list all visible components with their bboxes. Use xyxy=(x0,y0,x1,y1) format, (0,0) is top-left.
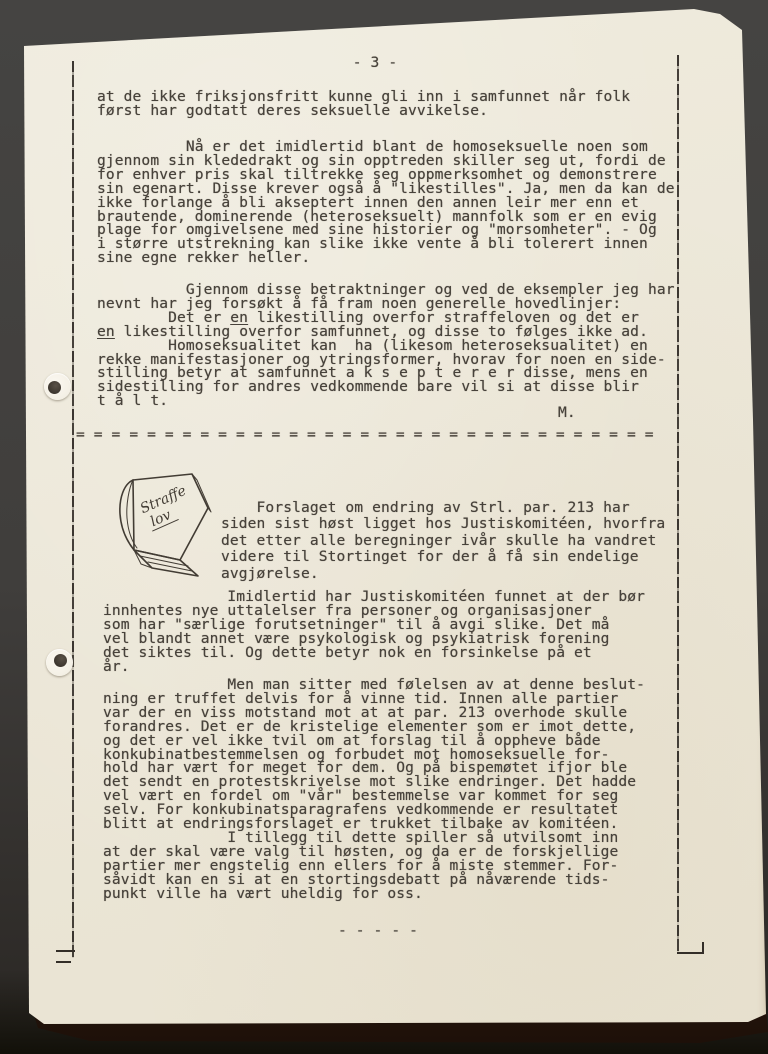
photocopy-border-corner-bottom-right xyxy=(677,952,704,954)
page-number: - 3 - xyxy=(73,56,677,70)
photocopy-border-right xyxy=(677,55,679,952)
photocopy-border-corner-bottom-right-hook xyxy=(702,942,704,954)
text-line: videre til Stortinget for der å få sin e… xyxy=(221,549,665,565)
text-line: sine egne rekker heller. xyxy=(97,251,675,265)
law-book-sketch: Straffe lov xyxy=(96,464,236,590)
paragraph-men-man: Men man sitter med følelsen av at denne … xyxy=(103,678,645,901)
text-line: det etter alle beregninger ivår skulle h… xyxy=(221,533,665,549)
photocopy-border-corner-bottom-left-dash xyxy=(56,961,71,963)
text-line: år. xyxy=(103,660,645,674)
separator-line: = = = = = = = = = = = = = = = = = = = = … xyxy=(76,428,654,442)
text-line: Forslaget om endring av Strl. par. 213 h… xyxy=(221,500,665,516)
photocopy-border-corner-bottom-left xyxy=(56,950,75,952)
straffelov-book-icon: Straffe lov xyxy=(96,464,236,590)
signature-initial: M. xyxy=(558,406,576,420)
text-line: sidestilling for andres vedkommende bare… xyxy=(97,380,675,394)
text-line: avgjørelse. xyxy=(221,566,665,582)
photocopy-border-left xyxy=(72,61,74,958)
text-line: t å l t. xyxy=(97,394,675,408)
text-line: først har godtatt deres seksuelle avvike… xyxy=(97,104,630,118)
paragraph-hovedlinjer: Gjennom disse betraktninger og ved de ek… xyxy=(97,283,675,408)
text-line: siden sist høst ligget hos Justiskomitée… xyxy=(221,516,665,532)
paragraph-forslaget: Forslaget om endring av Strl. par. 213 h… xyxy=(221,500,665,582)
text-line: punkt ville ha vært uheldig for oss. xyxy=(103,887,645,901)
paragraph-imidlertid: Imidlertid har Justiskomitéen funnet at … xyxy=(103,590,645,673)
paragraph-na-er-det: Nå er det imidlertid blant de homoseksue… xyxy=(97,140,675,265)
paragraph-intro: at de ikke friksjonsfritt kunne gli inn … xyxy=(97,90,630,118)
photo-background: { "colors": { "paper": "#ece7d8", "backg… xyxy=(0,0,768,1054)
end-dashes: - - - - - xyxy=(338,924,418,938)
text-line: det siktes til. Og dette betyr nok en fo… xyxy=(103,646,645,660)
punch-hole-bottom xyxy=(46,649,73,676)
punch-hole-top xyxy=(44,373,71,400)
